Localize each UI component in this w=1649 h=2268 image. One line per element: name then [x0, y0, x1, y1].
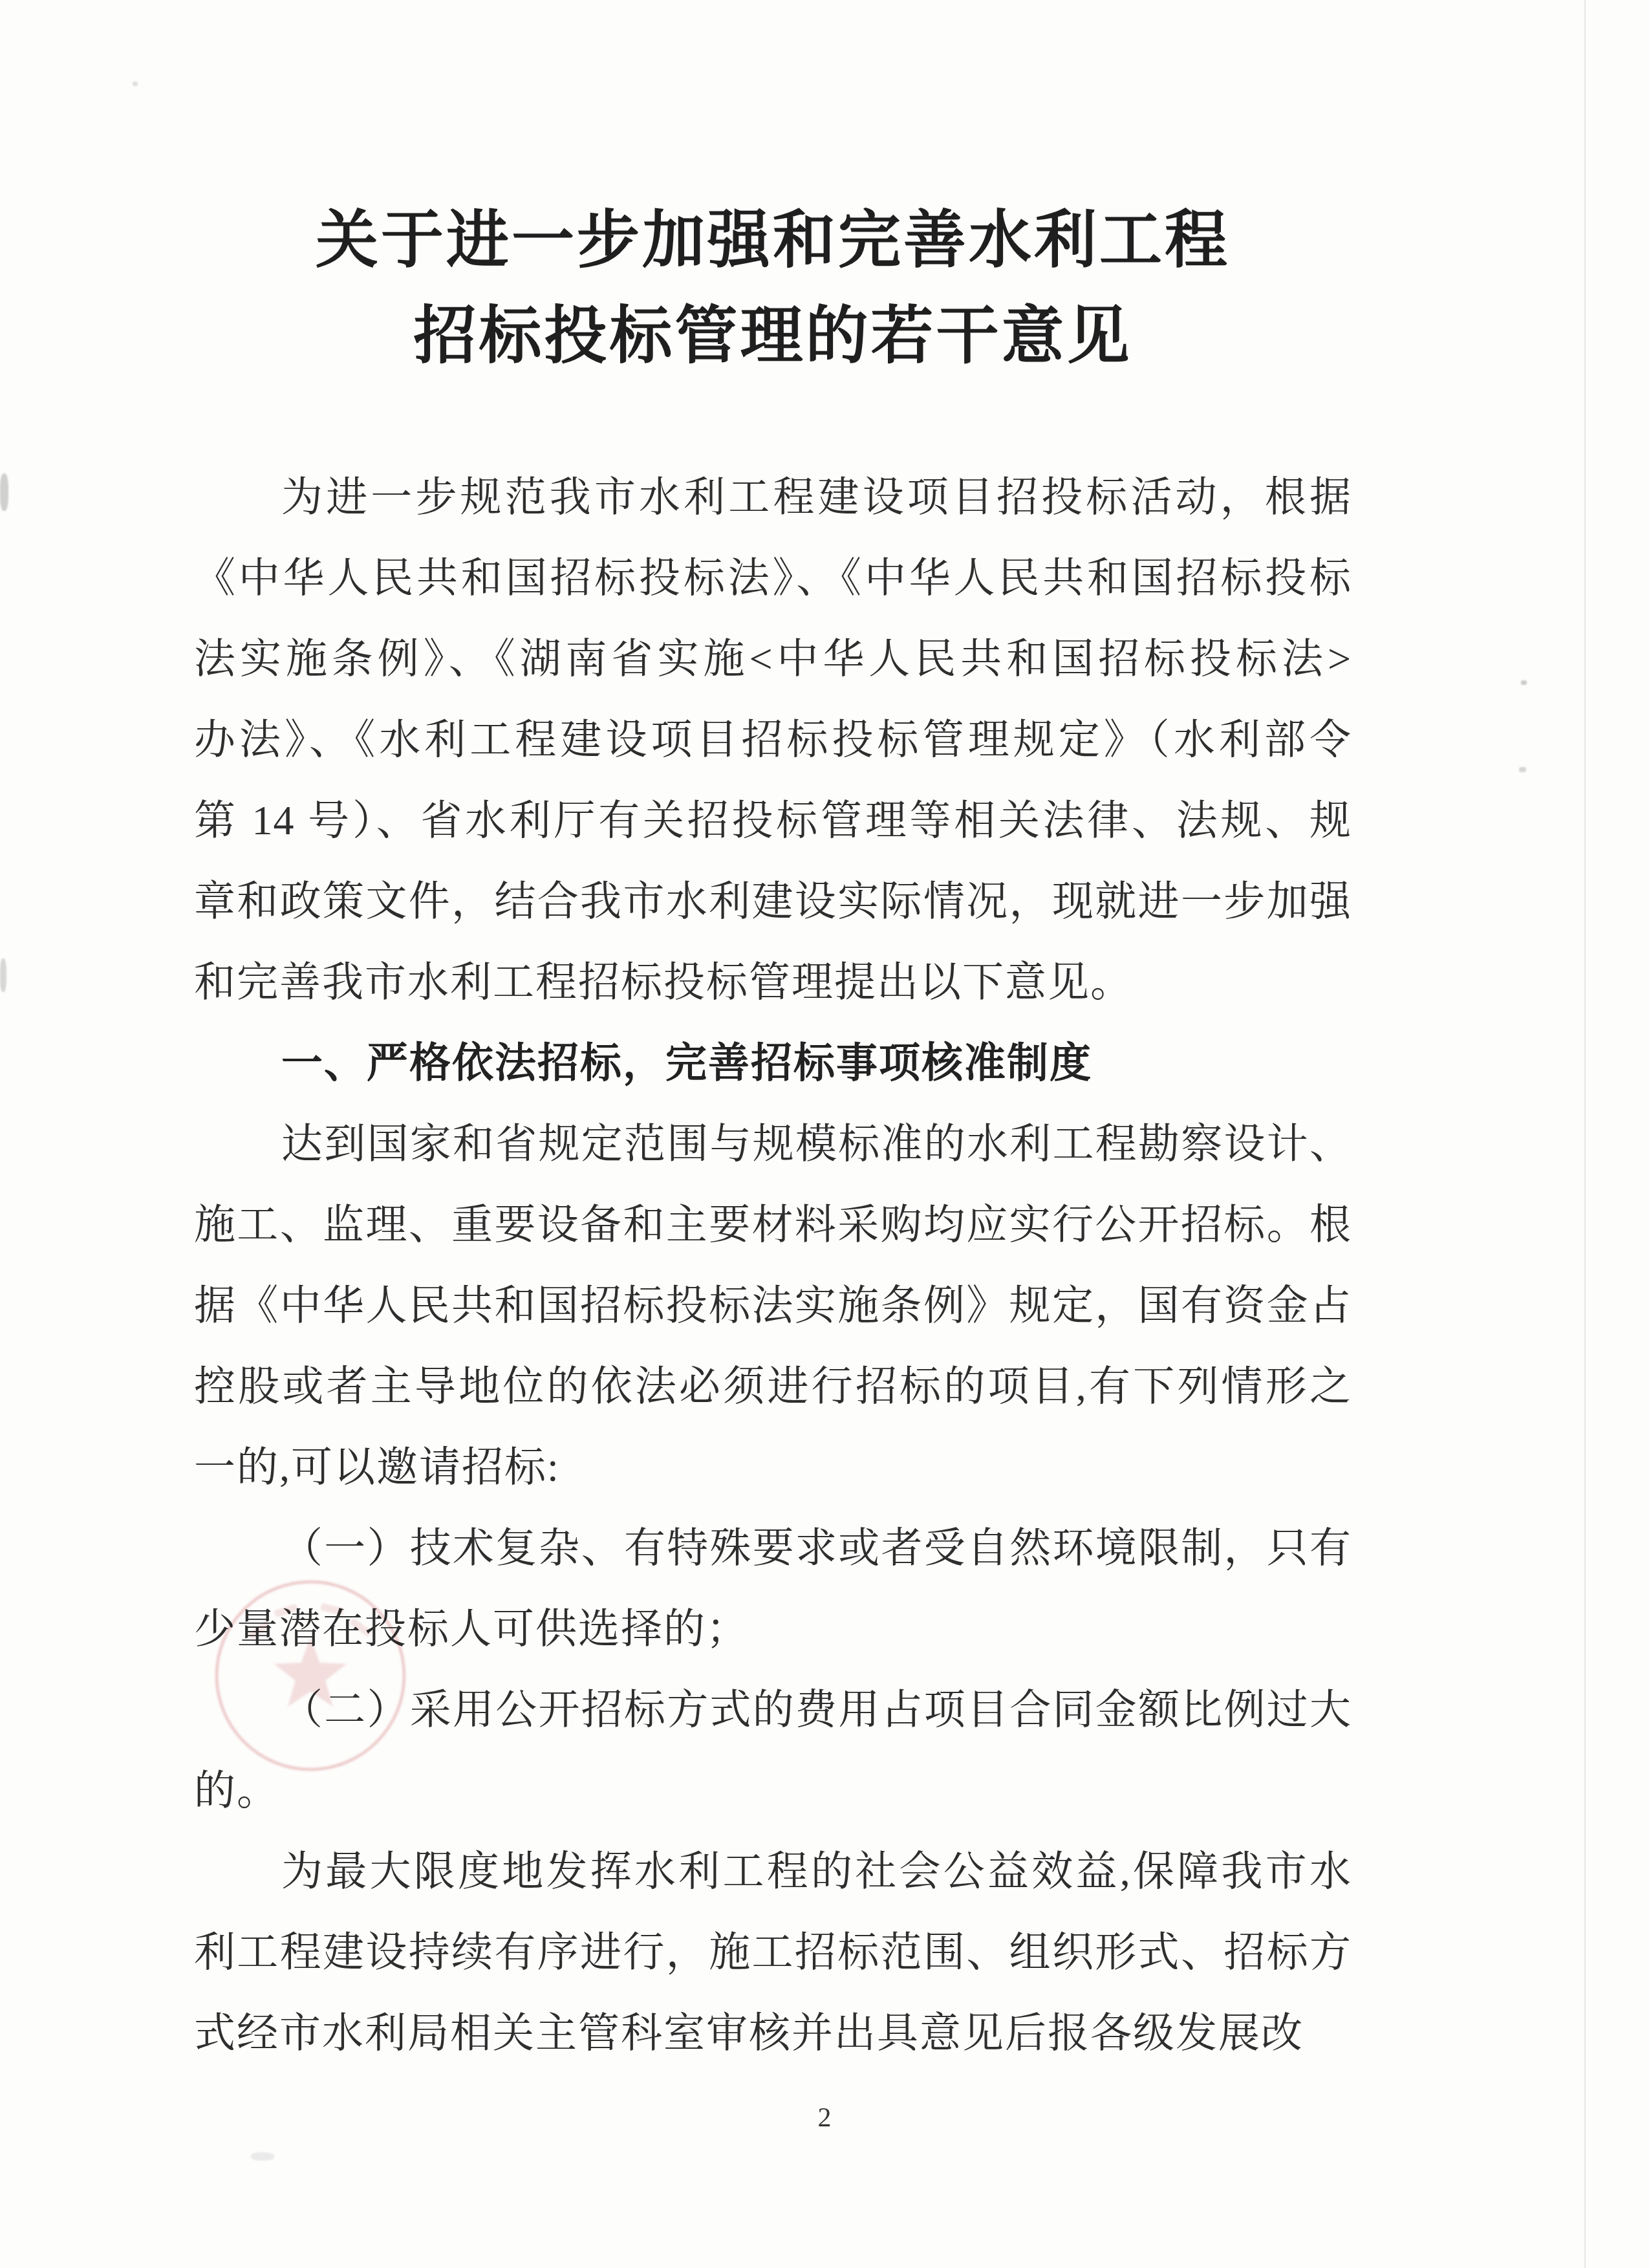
- text-line: 为最大限度地发挥水利工程的社会公益效益,保障我市水: [194, 1831, 1352, 1912]
- text-line: 第 14 号）、省水利厅有关招投标管理等相关法律、法规、规: [194, 780, 1352, 861]
- document-title: 关于进一步加强和完善水利工程 招标投标管理的若干意见: [194, 193, 1352, 384]
- text-line: 《中华人民共和国招标投标法》、《中华人民共和国招标投标: [194, 537, 1352, 618]
- scan-artifact: [251, 2152, 274, 2161]
- scan-artifact: [0, 473, 8, 511]
- document-body: 为进一步规范我市水利工程建设项目招投标活动，根据《中华人民共和国招标投标法》、《…: [194, 457, 1352, 2073]
- title-line-2: 招标投标管理的若干意见: [194, 288, 1352, 384]
- text-line: 章和政策文件，结合我市水利建设实际情况，现就进一步加强: [194, 861, 1352, 942]
- text-line: 法实施条例》、《湖南省实施<中华人民共和国招标投标法>: [194, 618, 1352, 699]
- scan-artifact: [1519, 767, 1526, 772]
- text-line: 利工程建设持续有序进行，施工招标范围、组织形式、招标方: [194, 1912, 1352, 1993]
- text-line: 据《中华人民共和国招标投标法实施条例》规定，国有资金占: [194, 1265, 1352, 1346]
- text-line: 式经市水利局相关主管科室审核并出具意见后报各级发展改: [194, 1993, 1352, 2073]
- page-number: 2: [0, 2102, 1649, 2134]
- text-line: 办法》、《水利工程建设项目招标投标管理规定》（水利部令: [194, 699, 1352, 780]
- text-line: 达到国家和省规定范围与规模标准的水利工程勘察设计、: [194, 1103, 1352, 1184]
- scan-artifact: [0, 958, 6, 992]
- text-line: 施工、监理、重要设备和主要材料采购均应实行公开招标。根: [194, 1184, 1352, 1265]
- seal-graphic: [207, 1572, 414, 1779]
- text-line: 和完善我市水利工程招标投标管理提出以下意见。: [194, 942, 1352, 1022]
- text-line: 控股或者主导地位的依法必须进行招标的项目,有下列情形之: [194, 1346, 1352, 1427]
- scan-fold-line: [1584, 0, 1586, 2268]
- document-page: 关于进一步加强和完善水利工程 招标投标管理的若干意见 为进一步规范我市水利工程建…: [0, 0, 1649, 2268]
- seal-star-icon: [275, 1638, 346, 1706]
- text-line: 一的,可以邀请招标:: [194, 1427, 1352, 1507]
- scan-artifact: [133, 81, 138, 86]
- title-line-1: 关于进一步加强和完善水利工程: [194, 193, 1352, 288]
- scan-artifact: [1521, 680, 1527, 685]
- text-line: 为进一步规范我市水利工程建设项目招投标活动，根据: [194, 457, 1352, 537]
- section-heading: 一、严格依法招标，完善招标事项核准制度: [194, 1022, 1352, 1103]
- official-seal: [207, 1572, 414, 1779]
